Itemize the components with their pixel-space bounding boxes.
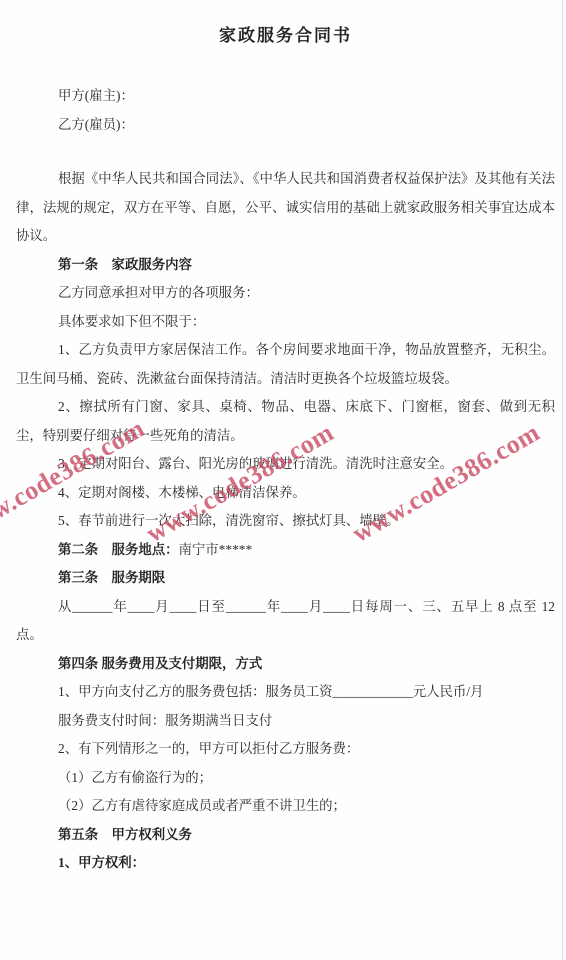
section-1-item-1: 1、乙方负责甲方家居保洁工作。各个房间要求地面干净，物品放置整齐，无积尘。卫生间…	[16, 336, 555, 393]
section-5-sub-line: 1、甲方权利：	[16, 849, 555, 878]
section-1-intro: 乙方同意承担对甲方的各项服务：	[16, 279, 555, 308]
preamble-paragraph: 根据《中华人民共和国合同法》、《中华人民共和国消费者权益保护法》及其他有关法律，…	[16, 165, 555, 251]
section-4-refuse-intro: 2、有下列情形之一的，甲方可以拒付乙方服务费：	[16, 735, 555, 764]
party-a-line: 甲方(雇主)：	[58, 82, 555, 111]
section-1-item-5: 5、春节前进行一次大扫除，清洗窗帘、擦拭灯具、墙壁。	[16, 507, 555, 536]
contract-page: 家政服务合同书 甲方(雇主)： 乙方(雇员)： 根据《中华人民共和国合同法》、《…	[0, 0, 566, 960]
section-1-heading: 第一条 家政服务内容	[16, 251, 555, 280]
section-4-refuse-item-1: （1）乙方有偷盗行为的；	[16, 764, 555, 793]
section-1-note: 具体要求如下但不限于：	[16, 308, 555, 337]
section-1-item-2: 2、擦拭所有门窗、家具、桌椅、物品、电器、床底下、门窗框，窗套、做到无积尘，特别…	[16, 393, 555, 450]
section-4-heading: 第四条 服务费用及支付期限，方式	[16, 650, 555, 679]
section-3-term-line: 从______年____月____日至______年____月____日每周一、…	[16, 593, 555, 650]
section-1-item-4: 4、定期对阁楼、木楼梯、电梯清洁保养。	[16, 479, 555, 508]
section-1-item-3: 3、定期对阳台、露台、阳光房的玻璃进行清洗。清洗时注意安全。	[16, 450, 555, 479]
section-4-fee-line: 1、甲方向支付乙方的服务费包括：服务员工资____________元人民币/月	[16, 678, 555, 707]
section-5-heading: 第五条 甲方权利义务	[16, 821, 555, 850]
section-2-line: 第二条 服务地点：南宁市*****	[16, 536, 555, 565]
document-title: 家政服务合同书	[16, 0, 555, 48]
section-4-refuse-item-2: （2）乙方有虐待家庭成员或者严重不讲卫生的；	[16, 792, 555, 821]
section-4-pay-time-line: 服务费支付时间：服务期满当日支付	[16, 707, 555, 736]
contract-body: 家政服务合同书 甲方(雇主)： 乙方(雇员)： 根据《中华人民共和国合同法》、《…	[0, 0, 566, 878]
party-b-line: 乙方(雇员)：	[58, 111, 555, 140]
section-2-location-value: 南宁市*****	[179, 542, 253, 557]
section-2-heading: 第二条 服务地点：	[58, 542, 179, 557]
section-3-heading: 第三条 服务期限	[16, 564, 555, 593]
